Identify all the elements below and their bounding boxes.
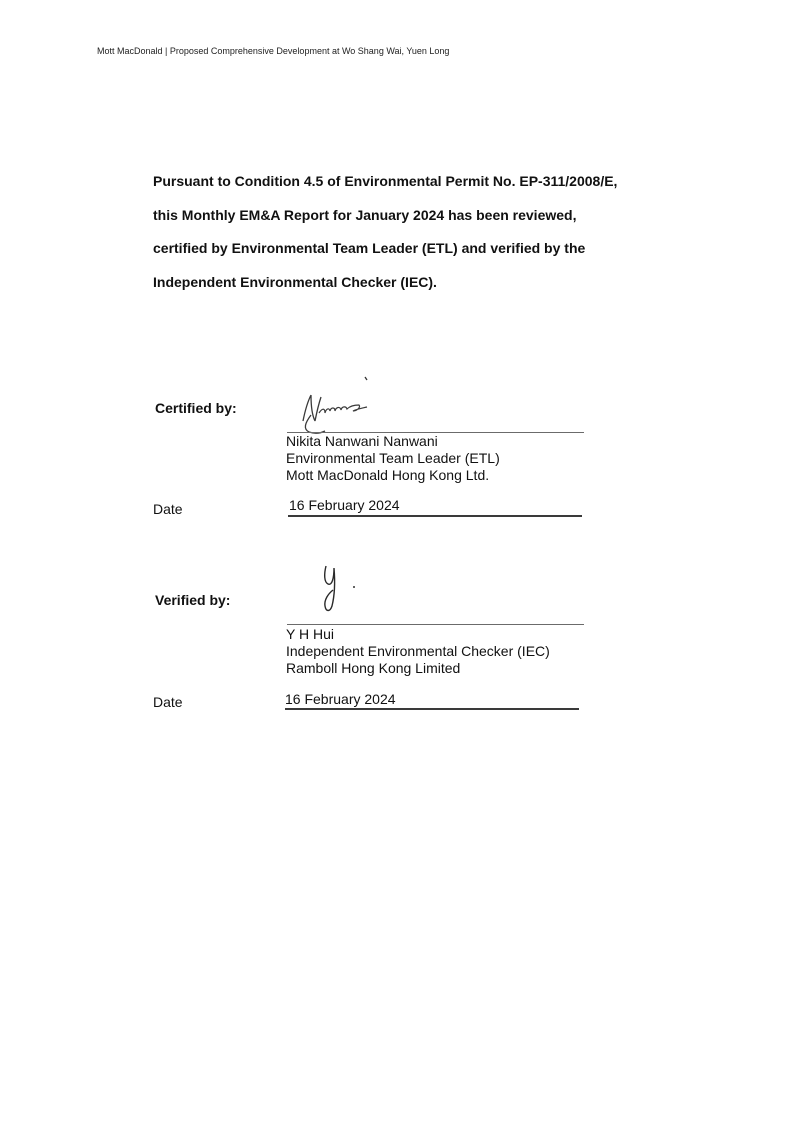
verified-by-label: Verified by: bbox=[155, 592, 230, 608]
verified-name: Y H Hui bbox=[286, 626, 334, 643]
verified-date-label: Date bbox=[153, 694, 183, 710]
statement-line-3: certified by Environmental Team Leader (… bbox=[153, 240, 585, 256]
certified-company: Mott MacDonald Hong Kong Ltd. bbox=[286, 467, 489, 484]
certified-role: Environmental Team Leader (ETL) bbox=[286, 450, 500, 467]
verified-role: Independent Environmental Checker (IEC) bbox=[286, 643, 550, 660]
statement-line-4: Independent Environmental Checker (IEC). bbox=[153, 274, 437, 290]
certified-date: 16 February 2024 bbox=[289, 497, 400, 514]
page-header: Mott MacDonald | Proposed Comprehensive … bbox=[97, 46, 449, 56]
iec-signature-icon bbox=[318, 560, 368, 615]
statement-line-2: this Monthly EM&A Report for January 202… bbox=[153, 207, 576, 223]
certified-name: Nikita Nanwani Nanwani bbox=[286, 433, 438, 450]
certified-by-label: Certified by: bbox=[155, 400, 237, 416]
certified-date-label: Date bbox=[153, 501, 183, 517]
verified-date: 16 February 2024 bbox=[285, 691, 396, 708]
etl-signature-icon bbox=[295, 375, 375, 435]
verified-date-line bbox=[285, 708, 579, 710]
verified-signature-line bbox=[287, 624, 584, 625]
verified-company: Ramboll Hong Kong Limited bbox=[286, 660, 460, 677]
statement-line-1: Pursuant to Condition 4.5 of Environment… bbox=[153, 173, 617, 189]
certified-date-line bbox=[288, 515, 582, 517]
